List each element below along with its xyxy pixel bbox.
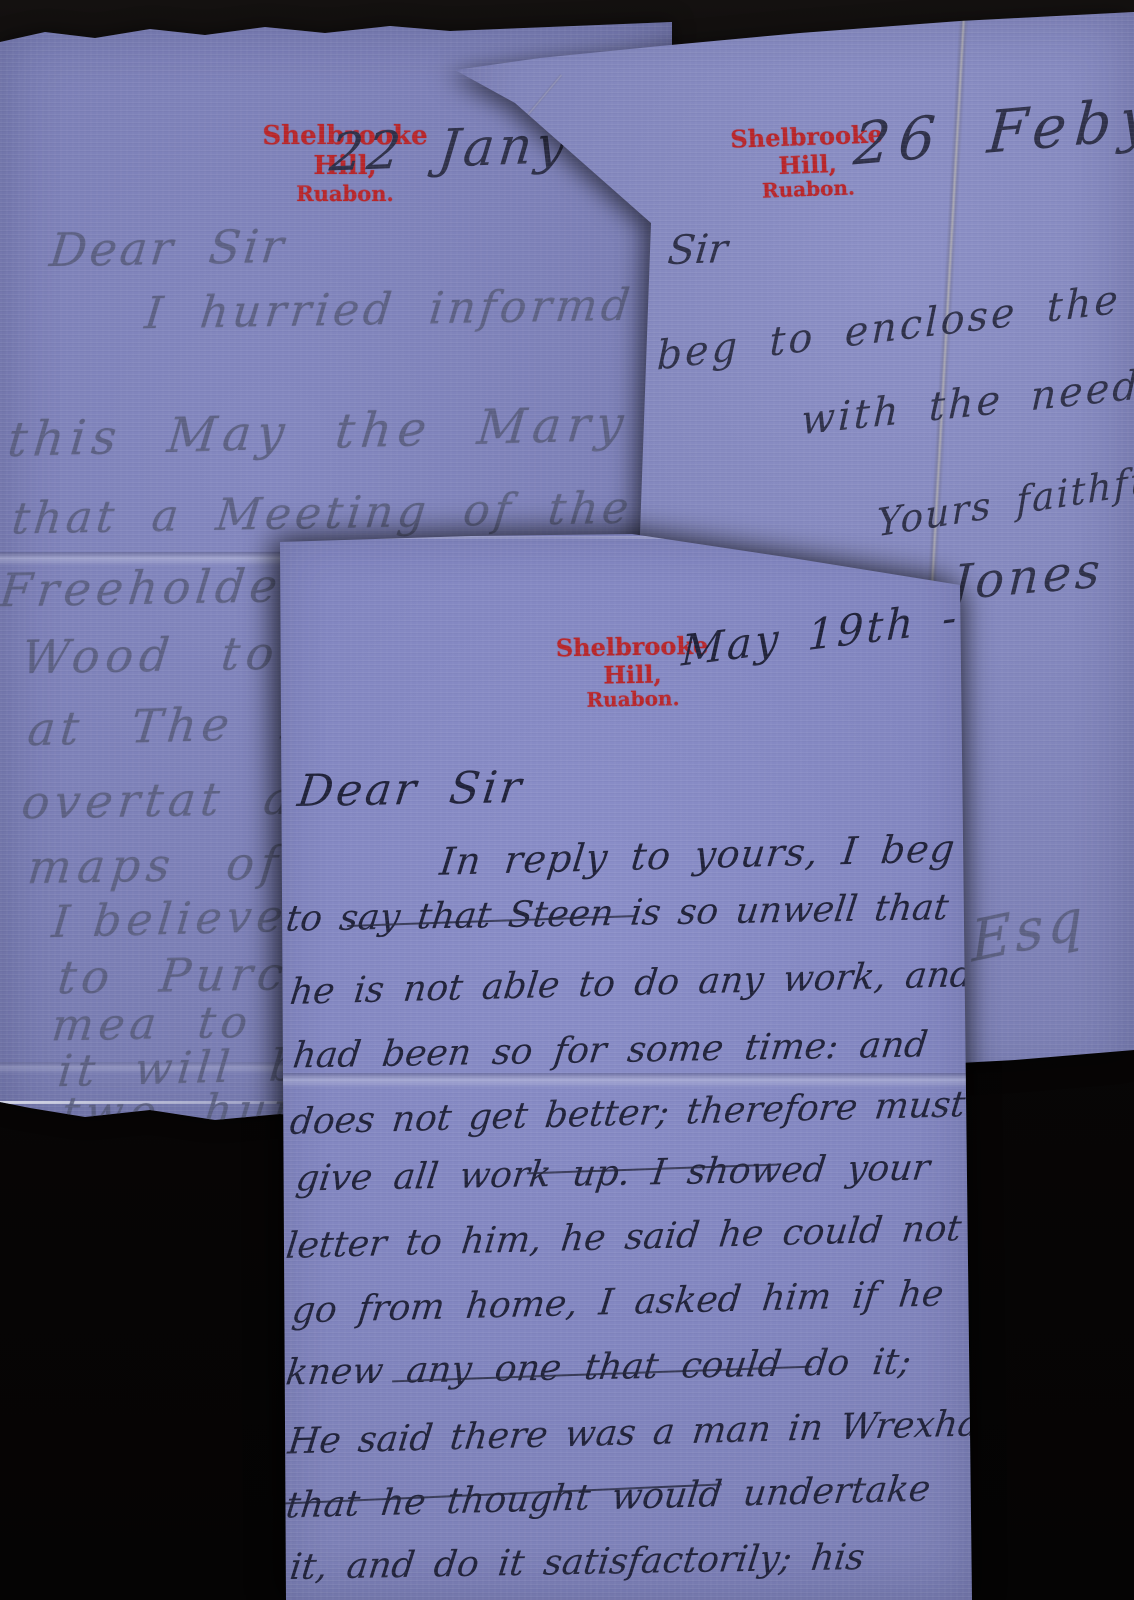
letterhead-line2: Ruabon. [540,687,725,713]
handwritten-line: He said there was a man in Wrexham [286,1405,974,1460]
handwritten-line: maps of [26,840,286,891]
handwritten-line: Esq [970,890,1087,971]
handwritten-line: go from home, I asked him if he [290,1276,945,1329]
handwritten-line: letter to him, he said he could not [284,1211,963,1265]
handwritten-line: Yours faithfully [877,452,1134,543]
letter-page: Shelbrooke Hill, Ruabon. May 19th - 74 D… [272,528,974,1600]
handwritten-line: he is not able to do any work, and [288,957,974,1011]
letterhead-line2: Ruabon. [233,182,457,206]
handwritten-line: that a Meeting of the [10,487,635,542]
handwritten-line: beg to enclose the [656,279,1121,376]
handwritten-line: give all work up. I showed your [294,1150,932,1197]
handwritten-line: to say that Steen is so unwell that [284,890,951,938]
handwritten-line: I believe [50,895,290,945]
handwritten-line: Dear Sir [48,223,289,273]
handwritten-line: Sir [666,229,730,271]
handwritten-line: overtat a [20,775,299,826]
handwritten-line: with the needful [800,359,1134,442]
handwritten-line: it, and do it satisfactorily; his [288,1540,867,1586]
handwritten-line: In reply to yours, I beg [438,829,958,881]
handwritten-signature: Jones [951,546,1105,608]
handwritten-date: May 19th - 74 [681,585,974,672]
handwritten-line: Dear Sir [295,766,526,814]
handwritten-line: that he thought would undertake [284,1472,932,1525]
handwritten-line: Wood to [20,630,283,681]
handwritten-line: had been so for some time: and [291,1027,930,1074]
handwritten-date: 26 Feby 74 [852,76,1134,173]
handwritten-line: does not get better; therefore must [288,1087,967,1141]
handwritten-line: I hurried informd [143,284,636,337]
handwritten-line: knew any one that could do it; [284,1345,913,1392]
handwritten-line: two hun [60,1088,309,1130]
handwritten-line: this May the Mary [6,400,632,464]
scanner-background: Shelbrooke Hill, Ruabon. 22 Jany 1874 De… [0,0,1134,1600]
